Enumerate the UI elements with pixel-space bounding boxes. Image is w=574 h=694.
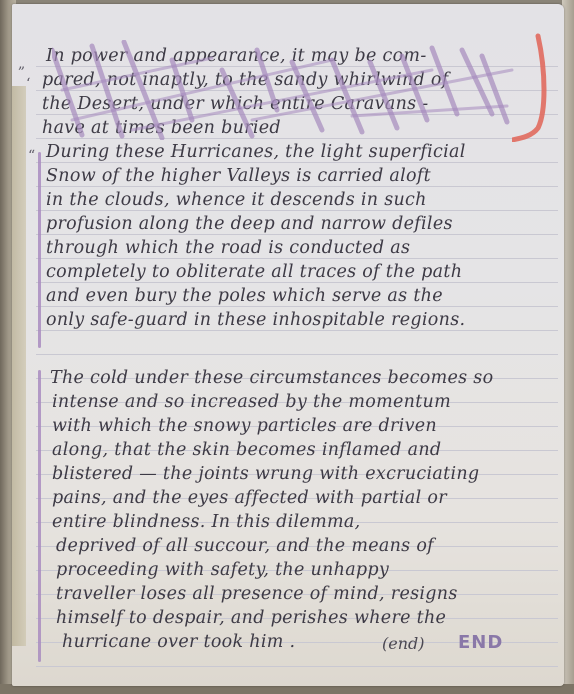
ruled-line (36, 114, 558, 115)
paragraph-2-line-3: in the clouds, whence it descends in suc… (46, 190, 427, 210)
ruled-line (36, 186, 558, 187)
paragraph-3-line-11: himself to despair, and perishes where t… (56, 608, 446, 628)
ruled-line (36, 354, 558, 355)
ruled-line (36, 66, 558, 67)
quote-mark: „ (18, 56, 25, 72)
paragraph-3-line-7: entire blindness. In this dilemma, (52, 512, 360, 532)
ruled-line (36, 258, 558, 259)
paragraph-2-line-7: and even bury the poles which serve as t… (46, 286, 443, 306)
paragraph-3-line-12: hurricane over took him . (62, 632, 295, 652)
ruled-line (36, 138, 558, 139)
manuscript-page: „ ‘ “ In power and appearance, it may be… (12, 4, 564, 686)
paragraph-2-line-5: through which the road is conducted as (46, 238, 410, 258)
end-stamp: END (458, 632, 503, 653)
binding-tab (12, 86, 26, 646)
paragraph-3-line-2: intense and so increased by the momentum (52, 392, 451, 412)
paragraph-3-line-5: blistered — the joints wrung with excruc… (52, 464, 479, 484)
ruled-line (36, 234, 558, 235)
paragraph-3-line-8: deprived of all succour, and the means o… (56, 536, 434, 556)
ruled-line (36, 162, 558, 163)
paragraph-3-line-4: along, that the skin becomes inflamed an… (52, 440, 441, 460)
paragraph-2-line-8: only safe-guard in these inhospitable re… (46, 310, 465, 330)
ruled-line (36, 282, 558, 283)
paragraph-3-line-3: with which the snowy particles are drive… (52, 416, 437, 436)
paragraph-1-line-1: In power and appearance, it may be com- (46, 46, 427, 66)
margin-bracket-paragraph-2 (38, 152, 41, 348)
paragraph-2-line-2: Snow of the higher Valleys is carried al… (46, 166, 431, 186)
paragraph-2-line-4: profusion along the deep and narrow defi… (46, 214, 453, 234)
quote-mark: “ (28, 148, 35, 164)
end-note: (end) (382, 634, 425, 653)
paragraph-2-line-6: completely to obliterate all traces of t… (46, 262, 462, 282)
quote-mark: ‘ (26, 76, 30, 92)
ruled-line (36, 210, 558, 211)
margin-bracket-paragraph-3 (38, 370, 41, 662)
ruled-line (36, 666, 558, 667)
red-pencil-bracket (512, 32, 552, 142)
ruled-line (36, 306, 558, 307)
paragraph-1-line-3: the Desert, under which entire Caravans … (42, 94, 429, 114)
paragraph-3-line-10: traveller loses all presence of mind, re… (56, 584, 458, 604)
paragraph-1-line-4: have at times been buried (42, 118, 281, 138)
ruled-line (36, 330, 558, 331)
ruled-line (36, 90, 558, 91)
paragraph-3-line-1: The cold under these circumstances becom… (50, 368, 493, 388)
paragraph-3-line-6: pains, and the eyes affected with partia… (52, 488, 447, 508)
paragraph-3-line-9: proceeding with safety, the unhappy (56, 560, 389, 580)
paragraph-2-line-1: During these Hurricanes, the light super… (46, 142, 466, 162)
paragraph-1-line-2: pared, not inaptly, to the sandy whirlwi… (42, 70, 449, 90)
